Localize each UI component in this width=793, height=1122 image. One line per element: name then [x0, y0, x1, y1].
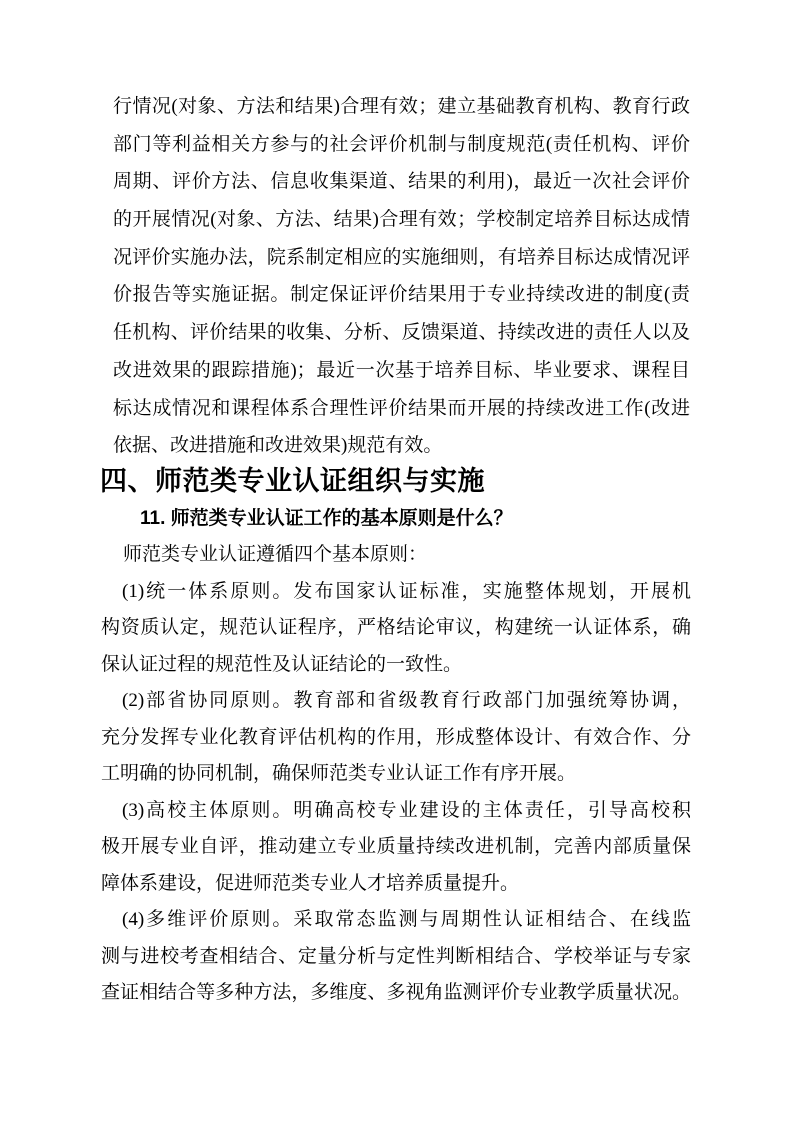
body-line: 价报告等实施证据。制定保证评价结果用于专业持续改进的制度(责 [113, 276, 690, 314]
principle-line: 工明确的协同机制，确保师范类专业认证工作有序开展。 [101, 756, 691, 793]
body-line: 周期、评价方法、信息收集渠道、结果的利用)，最近一次社会评价 [113, 163, 690, 201]
body-line: 的开展情况(对象、方法、结果)合理有效；学校制定培养目标达成情 [113, 201, 690, 239]
question-answer-block: 11. 师范类专业认证工作的基本原则是什么？ 师范类专业认证遵循四个基本原则： … [101, 501, 691, 1012]
continuation-paragraph: 行情况(对象、方法和结果)合理有效；建立基础教育机构、教育行政 部门等利益相关方… [113, 88, 690, 465]
principle-line: 极开展专业自评，推动建立专业质量持续改进机制，完善内部质量保 [101, 829, 691, 866]
principle-line: 充分发挥专业化教育评估机构的作用，形成整体设计、有效合作、分 [101, 720, 691, 757]
body-line: 部门等利益相关方参与的社会评价机制与制度规范(责任机构、评价 [113, 126, 690, 164]
body-line: 改进效果的跟踪措施)；最近一次基于培养目标、毕业要求、课程目 [113, 352, 690, 390]
principle-line: (2)部省协同原则。教育部和省级教育行政部门加强统筹协调， [101, 683, 691, 720]
section-heading: 四、师范类专业认证组织与实施 [100, 461, 793, 501]
body-line: 任机构、评价结果的收集、分析、反馈渠道、持续改进的责任人以及 [113, 314, 690, 352]
principle-line: (1)统一体系原则。发布国家认证标准，实施整体规划，开展机 [101, 574, 691, 611]
principle-line: 保认证过程的规范性及认证结论的一致性。 [101, 647, 691, 684]
document-page: 行情况(对象、方法和结果)合理有效；建立基础教育机构、教育行政 部门等利益相关方… [0, 0, 793, 1122]
principle-line: 构资质认定，规范认证程序，严格结论审议，构建统一认证体系，确 [101, 610, 691, 647]
principle-line: (4)多维评价原则。采取常态监测与周期性认证相结合、在线监 [101, 902, 691, 939]
principle-line: 查证相结合等多种方法，多维度、多视角监测评价专业教学质量状况。 [101, 975, 691, 1012]
principle-line: 测与进校考查相结合、定量分析与定性判断相结合、学校举证与专家 [101, 939, 691, 976]
principle-line: 障体系建设，促进师范类专业人才培养质量提升。 [101, 866, 691, 903]
body-line: 行情况(对象、方法和结果)合理有效；建立基础教育机构、教育行政 [113, 88, 690, 126]
answer-intro: 师范类专业认证遵循四个基本原则： [101, 537, 691, 574]
body-line: 依据、改进措施和改进效果)规范有效。 [113, 427, 690, 465]
question-heading: 11. 师范类专业认证工作的基本原则是什么？ [101, 501, 691, 538]
body-line: 标达成情况和课程体系合理性评价结果而开展的持续改进工作(改进 [113, 390, 690, 428]
body-line: 况评价实施办法，院系制定相应的实施细则，有培养目标达成情况评 [113, 239, 690, 277]
principle-line: (3)高校主体原则。明确高校专业建设的主体责任，引导高校积 [101, 793, 691, 830]
